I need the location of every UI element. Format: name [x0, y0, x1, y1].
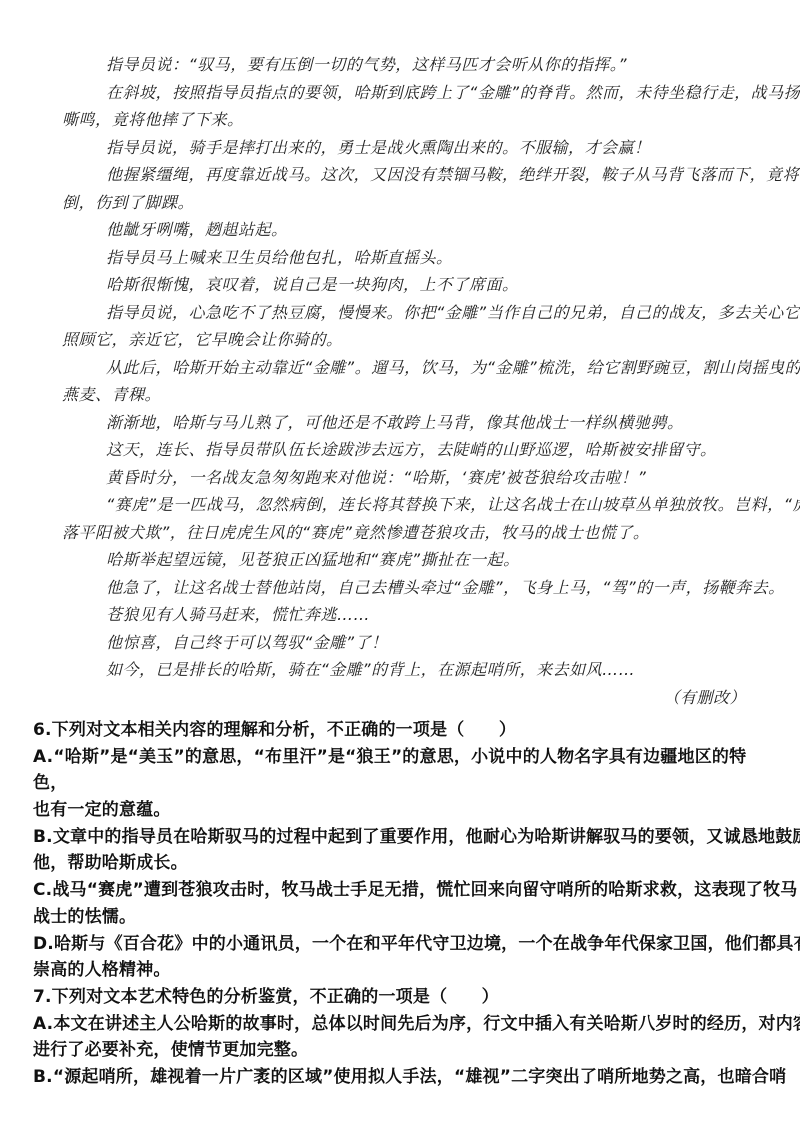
story-line: 照顾它，亲近它，它早晚会让你骑的。: [62, 326, 746, 354]
story-line: 指导员说，骑手是摔打出来的，勇士是战火熏陶出来的。不服输，才会赢！: [62, 134, 746, 162]
question-line: D.哈斯与《百合花》中的小通讯员，一个在和平年代守卫边境，一个在战争年代保家卫国…: [33, 931, 776, 958]
question-line: 也有一定的意蕴。: [33, 797, 776, 824]
story-line: 黄昏时分，一名战友急匆匆跑来对他说：“哈斯，‘赛虎’被苍狼给攻击啦！”: [62, 464, 746, 492]
story-line: 他惊喜，自己终于可以驾驭“金雕”了！: [62, 629, 746, 657]
story-line: 从此后，哈斯开始主动靠近“金雕”。遛马，饮马，为“金雕”梳洗，给它割野豌豆，割山…: [62, 354, 746, 382]
story-line: 这天，连长、指导员带队伍长途跋涉去远方，去陡峭的山野巡逻，哈斯被安排留守。: [62, 436, 746, 464]
story-line: 哈斯举起望远镜，见苍狼正凶猛地和“赛虎”撕扯在一起。: [62, 546, 746, 574]
story-line: 他急了，让这名战士替他站岗，自己去槽头牵过“金雕”，飞身上马，“驾”的一声，扬鞭…: [62, 574, 746, 602]
story-passage: 指导员说：“驭马，要有压倒一切的气势，这样马匹才会听从你的指挥。”在斜坡，按照指…: [0, 0, 800, 711]
question-line: 崇高的人格精神。: [33, 957, 776, 984]
story-line: 他握紧缰绳，再度靠近战马。这次，又因没有禁锢马鞍，绝绊开裂，鞍子从马背飞落而下，…: [62, 161, 746, 189]
story-line: 哈斯很惭愧，哀叹着，说自己是一块狗肉，上不了席面。: [62, 271, 746, 299]
question-line: 进行了必要补充，使情节更加完整。: [33, 1037, 776, 1064]
story-line: 燕麦、青稞。: [62, 381, 746, 409]
question-line: A.“哈斯”是“美玉”的意思，“布里汗”是“狼王”的意思，小说中的人物名字具有边…: [33, 744, 776, 771]
question-line: 7.下列对文本艺术特色的分析鉴赏，不正确的一项是（ ）: [33, 984, 776, 1011]
exam-page: 指导员说：“驭马，要有压倒一切的气势，这样马匹才会听从你的指挥。”在斜坡，按照指…: [0, 0, 800, 1132]
story-line: 在斜坡，按照指导员指点的要领，哈斯到底跨上了“金雕”的脊背。然而，未待坐稳行走，…: [62, 79, 746, 107]
story-line: 倒，伤到了脚踝。: [62, 189, 746, 217]
story-line: 如今，已是排长的哈斯，骑在“金雕”的背上，在源起哨所，来去如风……: [62, 656, 746, 684]
question-line: B.“源起哨所，雄视着一片广袤的区域”使用拟人手法，“雄视”二字突出了哨所地势之…: [33, 1064, 776, 1091]
question-line: 6.下列对文本相关内容的理解和分析，不正确的一项是（ ）: [33, 717, 776, 744]
story-line: 落平阳被犬欺”，往日虎虎生风的“赛虎”竟然惨遭苍狼攻击，牧马的战士也慌了。: [62, 519, 746, 547]
story-line: （有删改）: [62, 684, 746, 712]
question-line: 战士的怯懦。: [33, 904, 776, 931]
question-line: 他，帮助哈斯成长。: [33, 850, 776, 877]
story-line: 渐渐地，哈斯与马儿熟了，可他还是不敢跨上马背，像其他战士一样纵横驰骋。: [62, 409, 746, 437]
question-line: B.文章中的指导员在哈斯驭马的过程中起到了重要作用，他耐心为哈斯讲解驭马的要领，…: [33, 824, 776, 851]
story-line: “赛虎”是一匹战马，忽然病倒，连长将其替换下来，让这名战士在山坡草丛单独放牧。岂…: [62, 491, 746, 519]
questions-section: 6.下列对文本相关内容的理解和分析，不正确的一项是（ ）A.“哈斯”是“美玉”的…: [0, 711, 800, 1091]
story-line: 指导员马上喊来卫生员给他包扎，哈斯直摇头。: [62, 244, 746, 272]
story-line: 指导员说：“驭马，要有压倒一切的气势，这样马匹才会听从你的指挥。”: [62, 51, 746, 79]
story-line: 他龇牙咧嘴，趔趄站起。: [62, 216, 746, 244]
question-line: A.本文在讲述主人公哈斯的故事时，总体以时间先后为序，行文中插入有关哈斯八岁时的…: [33, 1011, 776, 1038]
question-line: C.战马“赛虎”遭到苍狼攻击时，牧马战士手足无措，慌忙回来向留守哨所的哈斯求救，…: [33, 877, 776, 904]
story-line: 嘶鸣，竟将他摔了下来。: [62, 106, 746, 134]
question-line: 色，: [33, 770, 776, 797]
story-line: 苍狼见有人骑马赶来，慌忙奔逃……: [62, 601, 746, 629]
story-line: 指导员说，心急吃不了热豆腐，慢慢来。你把“金雕”当作自己的兄弟，自己的战友，多去…: [62, 299, 746, 327]
